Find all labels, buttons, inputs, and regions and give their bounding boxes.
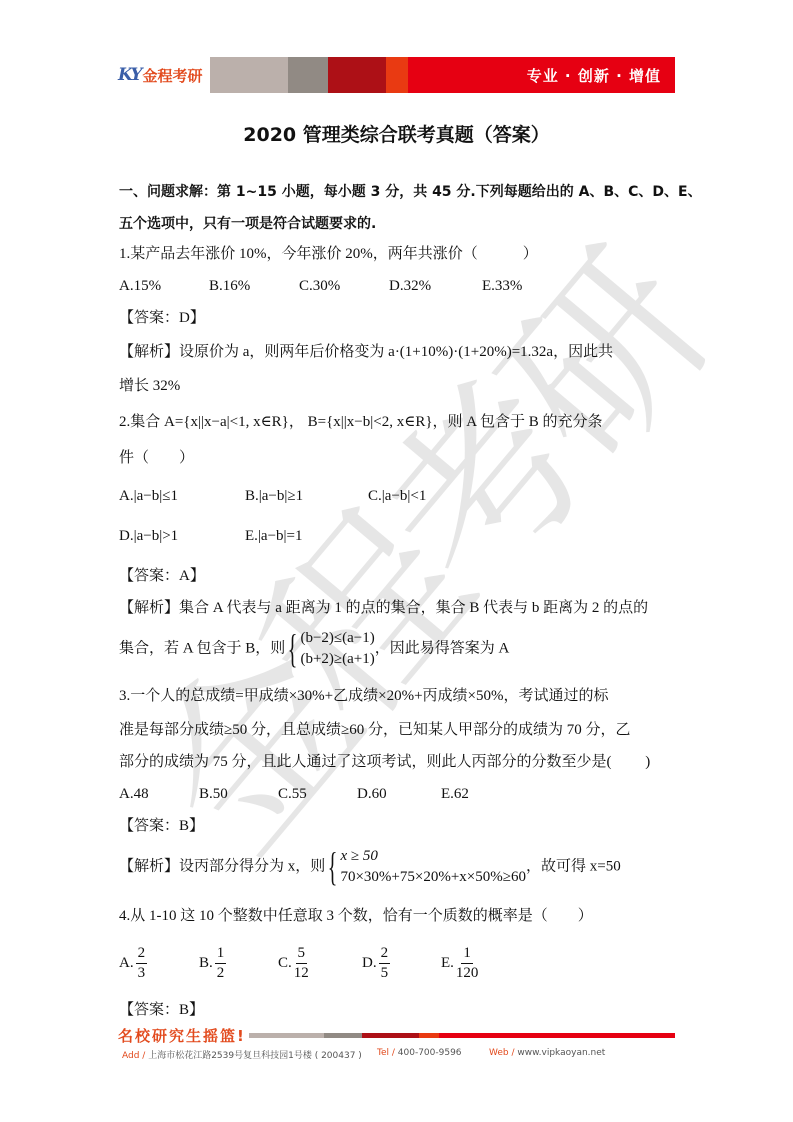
option: D.|a−b|>1 (119, 526, 245, 546)
brace-icon: { (288, 629, 298, 669)
question-2-options: D.|a−b|>1 E.|a−b|=1 (119, 526, 303, 546)
option: E.|a−b|=1 (245, 526, 303, 546)
footer-bar-segment (439, 1033, 675, 1038)
footer-address: Add / 上海市松花江路2539号复旦科技园1号楼 ( 200437 ) (118, 1048, 377, 1061)
footer-bar-segment (324, 1033, 362, 1038)
option: A.23 (119, 944, 199, 983)
question-3-stem: 3.一个人的总成绩=甲成绩×30%+乙成绩×20%+丙成绩×50%，考试通过的标 (119, 686, 609, 706)
equation: (b−2)≤(a−1) (300, 628, 374, 649)
question-4-answer: 【答案：B】 (119, 1000, 204, 1020)
question-2-analysis-system: 集合，若 A 包含于 B，则{(b−2)≤(a−1)(b+2)≥(a+1)，因此… (119, 628, 509, 670)
analysis-text: 集合，若 A 包含于 B，则 (119, 640, 285, 656)
equation: (b+2)≥(a+1) (300, 649, 374, 670)
option: E.1120 (441, 944, 478, 983)
question-1-analysis: 增长 32% (119, 376, 180, 396)
footer-bar-segment (419, 1033, 439, 1038)
logo: KY 金程考研 (118, 57, 210, 93)
page-title: 2020 管理类综合联考真题（答案） (0, 120, 793, 147)
option: C.|a−b|<1 (368, 486, 426, 506)
question-4-options: A.23 B.12 C.512 D.25 E.1120 (119, 944, 478, 983)
option: C.30% (299, 276, 389, 296)
banner-segment (328, 57, 386, 93)
question-1-analysis: 【解析】设原价为 a，则两年后价格变为 a·(1+10%)·(1+20%)=1.… (119, 342, 613, 362)
question-2-stem: 件（ ） (119, 448, 194, 468)
option: D.60 (357, 784, 441, 804)
banner-segment (288, 57, 328, 93)
brace-icon: { (328, 847, 338, 887)
question-2-analysis: 【解析】集合 A 代表与 a 距离为 1 的点的集合，集合 B 代表与 b 距离… (119, 598, 648, 618)
option: E.62 (441, 784, 469, 804)
question-3-analysis-system: 【解析】设丙部分得分为 x，则{x ≥ 5070×30%+75×20%+x×50… (119, 846, 621, 888)
section-instructions: 五个选项中，只有一项是符合试题要求的. (119, 214, 376, 234)
question-1-options: A.15% B.16% C.30% D.32% E.33% (119, 276, 522, 296)
option: C.55 (278, 784, 357, 804)
banner-slogan: 专业 · 创新 · 增值 (408, 57, 675, 93)
question-3-stem: 部分的成绩为 75 分，且此人通过了这项考试，则此人丙部分的分数至少是( ) (119, 752, 650, 772)
option: B.|a−b|≥1 (245, 486, 368, 506)
banner-segment (210, 57, 288, 93)
question-1-answer: 【答案：D】 (119, 308, 205, 328)
option: A.|a−b|≤1 (119, 486, 245, 506)
analysis-text: ，故可得 x=50 (526, 858, 621, 874)
option: B.50 (199, 784, 278, 804)
question-2-answer: 【答案：A】 (119, 566, 205, 586)
footer-web[interactable]: Web / www.vipkaoyan.net (489, 1048, 605, 1061)
footer-bar-segment (362, 1033, 419, 1038)
option: D.32% (389, 276, 482, 296)
question-4-stem: 4.从 1-10 这 10 个整数中任意取 3 个数，恰有一个质数的概率是（ ） (119, 906, 593, 926)
equation: x ≥ 50 (340, 846, 526, 867)
header-banner: KY 金程考研 专业 · 创新 · 增值 (118, 57, 675, 93)
analysis-text: 【解析】设丙部分得分为 x，则 (119, 858, 325, 874)
equation-system: {x ≥ 5070×30%+75×20%+x×50%≥60 (325, 846, 526, 888)
equation-system: {(b−2)≤(a−1)(b+2)≥(a+1) (285, 628, 375, 670)
logo-text: 金程考研 (142, 65, 202, 86)
option: E.33% (482, 276, 522, 296)
footer-bar-segment (249, 1033, 324, 1038)
question-3-options: A.48 B.50 C.55 D.60 E.62 (119, 784, 469, 804)
banner-segment (386, 57, 408, 93)
question-3-stem: 准是每部分成绩≥50 分，且总成绩≥60 分，已知某人甲部分的成绩为 70 分，… (119, 720, 630, 740)
watermark-char: 考 (309, 316, 640, 637)
option: D.25 (362, 944, 441, 983)
footer: 名校研究生摇篮! Add / 上海市松花江路2539号复旦科技园1号楼 ( 20… (118, 1024, 675, 1061)
footer-slogan: 名校研究生摇篮! (118, 1025, 246, 1046)
equation: 70×30%+75×20%+x×50%≥60 (340, 867, 526, 888)
footer-tel: Tel / 400-700-9596 (377, 1048, 489, 1061)
question-1-stem: 1.某产品去年涨价 10%，今年涨价 20%，两年共涨价（ ） (119, 244, 538, 264)
analysis-text: ，因此易得答案为 A (375, 640, 510, 656)
option: A.48 (119, 784, 199, 804)
question-2-options: A.|a−b|≤1 B.|a−b|≥1 C.|a−b|<1 (119, 486, 426, 506)
section-instructions: 一、问题求解：第 1~15 小题，每小题 3 分，共 45 分.下列每题给出的 … (119, 182, 702, 202)
option: A.15% (119, 276, 209, 296)
option: C.512 (278, 944, 362, 983)
question-3-answer: 【答案：B】 (119, 816, 204, 836)
question-2-stem: 2.集合 A={x||x−a|<1, x∈R}， B={x||x−b|<2, x… (119, 412, 603, 432)
option: B.12 (199, 944, 278, 983)
option: B.16% (209, 276, 299, 296)
logo-mark-icon: KY (118, 65, 140, 85)
